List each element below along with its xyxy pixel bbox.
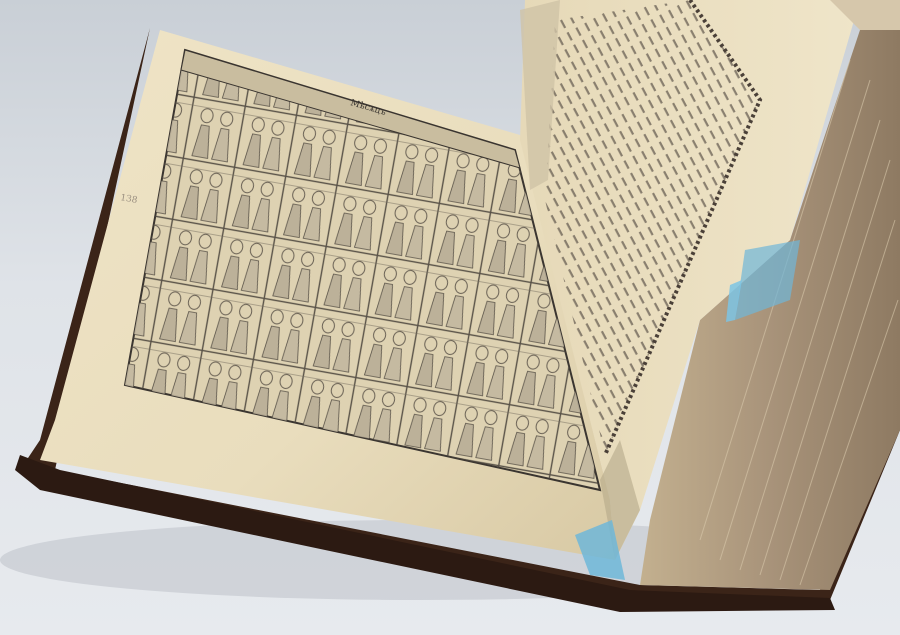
book-illustration: Μѣсѧцъ 138 (0, 0, 900, 635)
book-photo: Open antique printed book with woodcut e… (0, 0, 900, 635)
